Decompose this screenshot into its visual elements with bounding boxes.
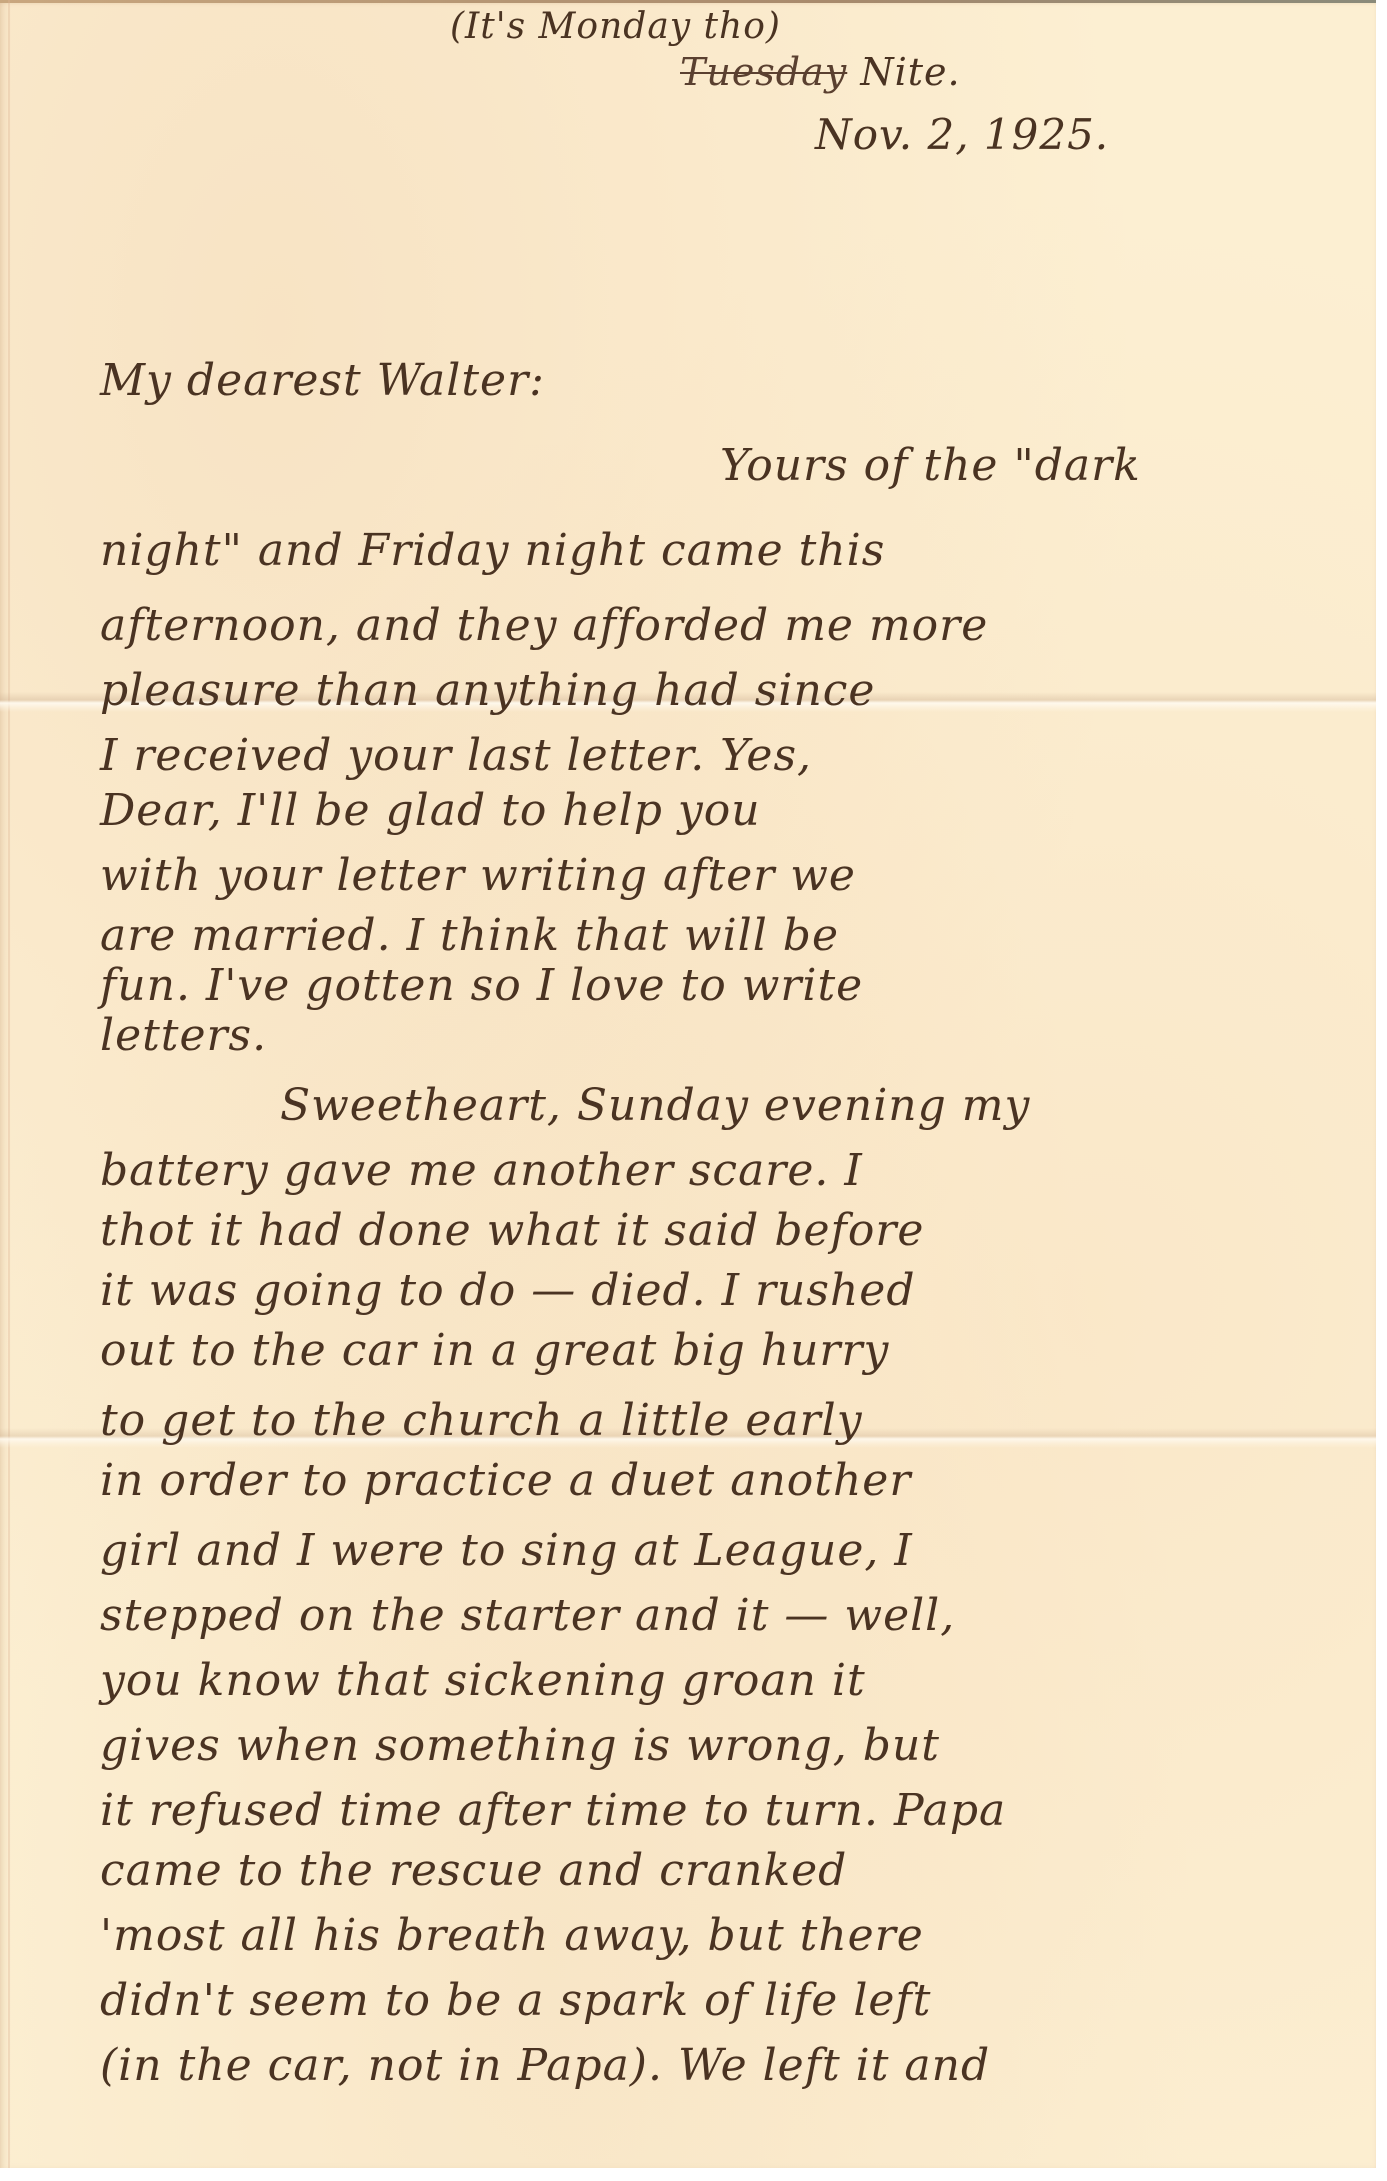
- letter-line: in order to practice a duet another: [100, 1455, 911, 1506]
- letter-line: 'most all his breath away, but there: [100, 1910, 924, 1961]
- letter-line: to get to the church a little early: [100, 1395, 863, 1446]
- letter-line: (in the car, not in Papa). We left it an…: [100, 2040, 990, 2091]
- letter-line: Dear, I'll be glad to help you: [100, 785, 761, 836]
- letter-line: Yours of the "dark: [720, 440, 1141, 491]
- letter-line: Sweetheart, Sunday evening my: [280, 1080, 1030, 1131]
- letter-line: fun. I've gotten so I love to write: [100, 960, 863, 1011]
- letter-line: gives when something is wrong, but: [100, 1720, 940, 1771]
- letter-line: out to the car in a great big hurry: [100, 1325, 889, 1376]
- letter-line: it was going to do — died. I rushed: [100, 1265, 915, 1316]
- salutation: My dearest Walter:: [100, 355, 545, 406]
- letter-line: afternoon, and they afforded me more: [100, 600, 988, 651]
- letter-line: pleasure than anything had since: [100, 665, 875, 716]
- letter-line: girl and I were to sing at League, I: [100, 1525, 913, 1576]
- letter-line: letters.: [100, 1010, 267, 1061]
- letter-line: stepped on the starter and it — well,: [100, 1590, 955, 1641]
- letter-line: night" and Friday night came this: [100, 525, 885, 576]
- letter-line: I received your last letter. Yes,: [100, 730, 812, 781]
- paper-left-edge-shadow: [8, 0, 10, 2168]
- letter-line: battery gave me another scare. I: [100, 1145, 863, 1196]
- header-note-text: (It's Monday tho): [450, 6, 781, 47]
- struck-through-word: Tuesday: [680, 50, 847, 94]
- letter-line: with your letter writing after we: [100, 850, 856, 901]
- letter-line: didn't seem to be a spark of life left: [100, 1975, 931, 2026]
- letter-line: you know that sickening groan it: [100, 1655, 866, 1706]
- letter-date: Nov. 2, 1925.: [815, 110, 1109, 159]
- letter-line: came to the rescue and cranked: [100, 1845, 847, 1896]
- header-day-suffix: Nite.: [860, 50, 960, 94]
- paper-top-edge: [0, 0, 1376, 3]
- header-note: (It's Monday tho): [450, 6, 781, 47]
- header-day: Tuesday Nite.: [680, 50, 961, 94]
- letter-line: are married. I think that will be: [100, 910, 839, 961]
- letter-line: thot it had done what it said before: [100, 1205, 924, 1256]
- letter-paper: (It's Monday tho) Tuesday Nite. Nov. 2, …: [0, 0, 1376, 2168]
- letter-line: it refused time after time to turn. Papa: [100, 1785, 1006, 1836]
